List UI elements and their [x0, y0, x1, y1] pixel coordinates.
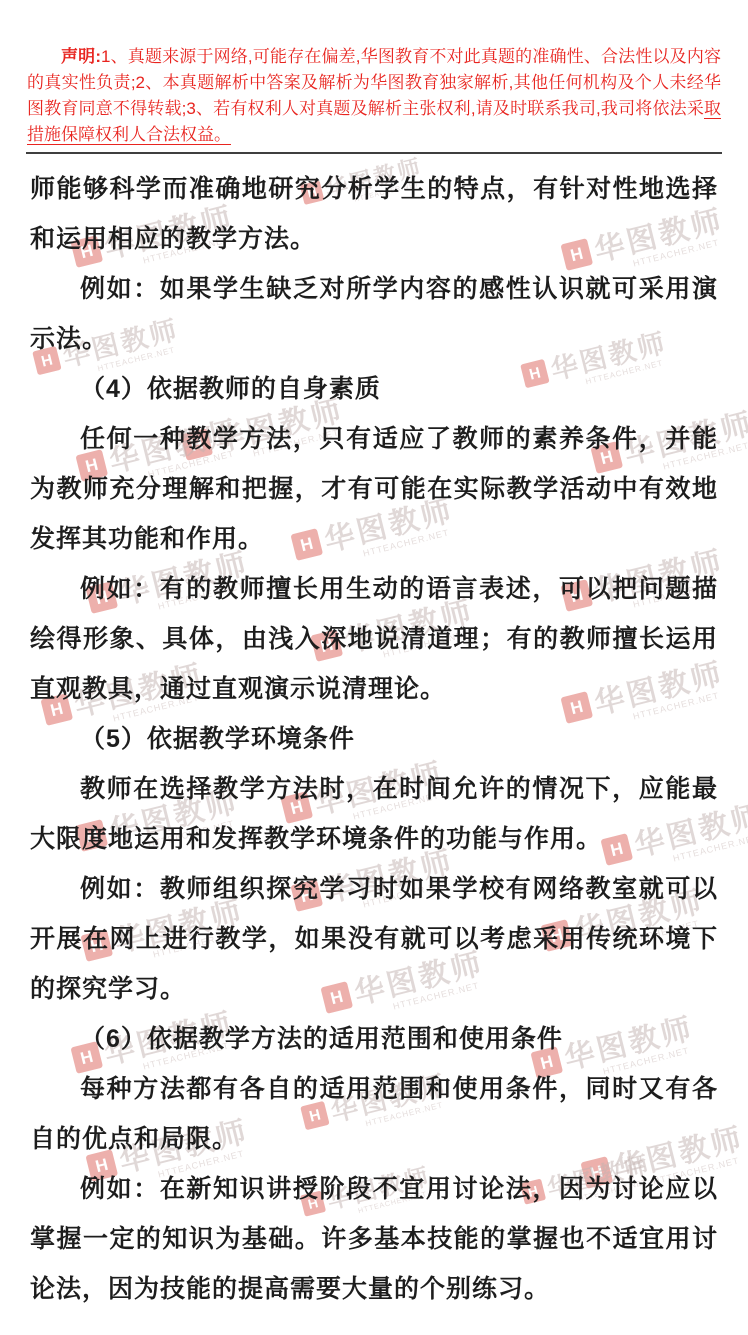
- paragraph: 教师在选择教学方法时，在时间允许的情况下，应能最大限度地运用和发挥教学环境条件的…: [30, 764, 718, 864]
- paragraph: 师能够科学而准确地研究分析学生的特点，有针对性地选择和运用相应的教学方法。: [30, 164, 718, 264]
- disclaimer: 声明:1、真题来源于网络,可能存在偏差,华图教育不对此真题的准确性、合法性以及内…: [0, 0, 748, 148]
- paragraph: （4）依据教师的自身素质: [30, 364, 718, 414]
- document-content: 声明:1、真题来源于网络,可能存在偏差,华图教育不对此真题的准确性、合法性以及内…: [0, 0, 748, 1314]
- paragraph: 例如：教师组织探究学习时如果学校有网络教室就可以开展在网上进行教学，如果没有就可…: [30, 864, 718, 1014]
- paragraph: 例如：在新知识讲授阶段不宜用讨论法，因为讨论应以掌握一定的知识为基础。许多基本技…: [30, 1164, 718, 1314]
- paragraph: 任何一种教学方法，只有适应了教师的素养条件，并能为教师充分理解和把握，才有可能在…: [30, 414, 718, 564]
- page: H华图教师HTTEACHER.NETH华图教师HTTEACHER.NETH华图教…: [0, 0, 748, 1335]
- paragraph: （5）依据教学环境条件: [30, 714, 718, 764]
- paragraph: 每种方法都有各自的适用范围和使用条件，同时又有各自的优点和局限。: [30, 1064, 718, 1164]
- disclaimer-text: 1、真题来源于网络,可能存在偏差,华图教育不对此真题的准确性、合法性以及内容的真…: [27, 47, 721, 118]
- paragraph: （6）依据教学方法的适用范围和使用条件: [30, 1014, 718, 1064]
- disclaimer-label: 声明:: [61, 47, 101, 66]
- paragraph: 例如：有的教师擅长用生动的语言表述，可以把问题描绘得形象、具体，由浅入深地说清道…: [30, 564, 718, 714]
- paragraph: 例如：如果学生缺乏对所学内容的感性认识就可采用演示法。: [30, 264, 718, 364]
- body-text: 师能够科学而准确地研究分析学生的特点，有针对性地选择和运用相应的教学方法。例如：…: [0, 154, 748, 1314]
